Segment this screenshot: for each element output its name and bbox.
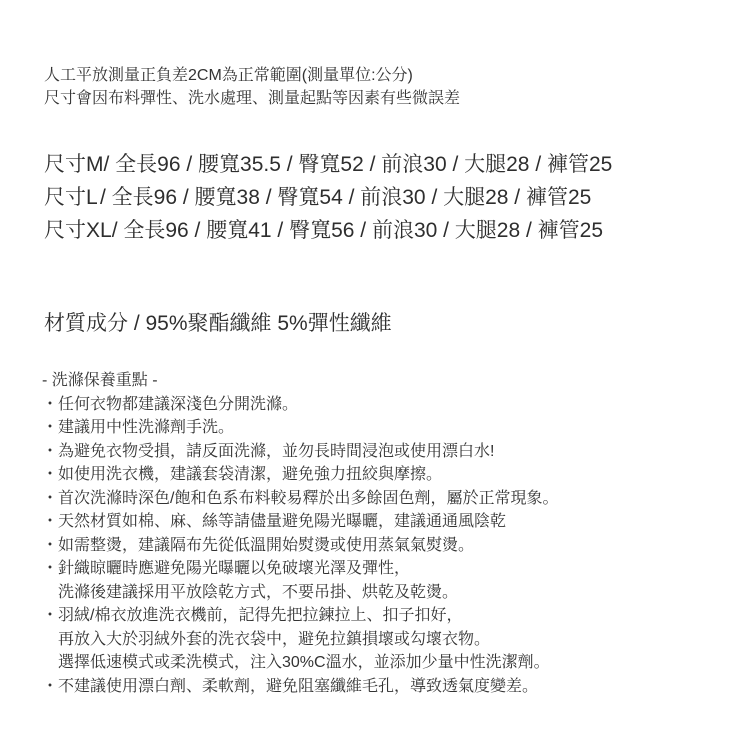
measurement-note-line: 尺寸會因布料彈性、洗水處理、測量起點等因素有些微誤差 (44, 87, 460, 110)
product-description-page: 人工平放測量正負差2CM為正常範圍(測量單位:公分) 尺寸會因布料彈性、洗水處理… (0, 0, 750, 750)
size-specs: / 全長96 / 腰寬38 / 臀寬54 / 前浪30 / 大腿28 / 褲管2… (100, 181, 591, 214)
care-instructions: - 洗滌保養重點 - ・任何衣物都建議深淺色分開洗滌。 ・建議用中性洗滌劑手洗。… (42, 369, 558, 698)
size-label: 尺寸M (44, 148, 104, 181)
size-row-l: 尺寸L / 全長96 / 腰寬38 / 臀寬54 / 前浪30 / 大腿28 /… (44, 181, 612, 214)
care-item: ・針織晾曬時應避免陽光曝曬以免破壞光澤及彈性， (42, 557, 558, 581)
care-item: ・羽絨/棉衣放進洗衣機前，記得先把拉鍊拉上、扣子扣好， (42, 604, 558, 628)
care-item: ・如需整燙，建議隔布先從低溫開始熨燙或使用蒸氣氣熨燙。 (42, 534, 558, 558)
size-label: 尺寸L (44, 181, 100, 214)
care-item-continuation: 選擇低速模式或柔洗模式，注入30%C溫水，並添加少量中性洗潔劑。 (42, 651, 558, 675)
size-specs: / 全長96 / 腰寬35.5 / 臀寬52 / 前浪30 / 大腿28 / 褲… (104, 148, 613, 181)
care-item-continuation: 再放入大於羽絨外套的洗衣袋中，避免拉鎮損壞或勾壞衣物。 (42, 628, 558, 652)
care-item: ・天然材質如棉、麻、絲等請儘量避免陽光曝曬，建議通通風陰乾 (42, 510, 558, 534)
size-row-m: 尺寸M / 全長96 / 腰寬35.5 / 臀寬52 / 前浪30 / 大腿28… (44, 148, 612, 181)
measurement-notes: 人工平放測量正負差2CM為正常範圍(測量單位:公分) 尺寸會因布料彈性、洗水處理… (44, 64, 460, 110)
care-item: ・任何衣物都建議深淺色分開洗滌。 (42, 393, 558, 417)
care-item: ・為避免衣物受損，請反面洗滌，並勿長時間浸泡或使用漂白水! (42, 440, 558, 464)
measurement-note-line: 人工平放測量正負差2CM為正常範圍(測量單位:公分) (44, 64, 460, 87)
care-item-continuation: 洗滌後建議採用平放陰乾方式，不要吊掛、烘乾及乾燙。 (42, 581, 558, 605)
material-composition: 材質成分 / 95%聚酯纖維 5%彈性纖維 (44, 307, 392, 340)
size-label: 尺寸XL (44, 214, 112, 247)
size-specs: / 全長96 / 腰寬41 / 臀寬56 / 前浪30 / 大腿28 / 褲管2… (112, 214, 603, 247)
care-heading: - 洗滌保養重點 - (42, 369, 558, 393)
care-item: ・首次洗滌時深色/飽和色系布料較易釋於出多餘固色劑，屬於正常現象。 (42, 487, 558, 511)
size-chart: 尺寸M / 全長96 / 腰寬35.5 / 臀寬52 / 前浪30 / 大腿28… (44, 148, 612, 247)
care-item: ・建議用中性洗滌劑手洗。 (42, 416, 558, 440)
care-item: ・如使用洗衣機，建議套袋清潔，避免強力扭絞與摩擦。 (42, 463, 558, 487)
care-item: ・不建議使用漂白劑、柔軟劑，避免阻塞纖維毛孔，導致透氣度變差。 (42, 675, 558, 699)
size-row-xl: 尺寸XL / 全長96 / 腰寬41 / 臀寬56 / 前浪30 / 大腿28 … (44, 214, 612, 247)
